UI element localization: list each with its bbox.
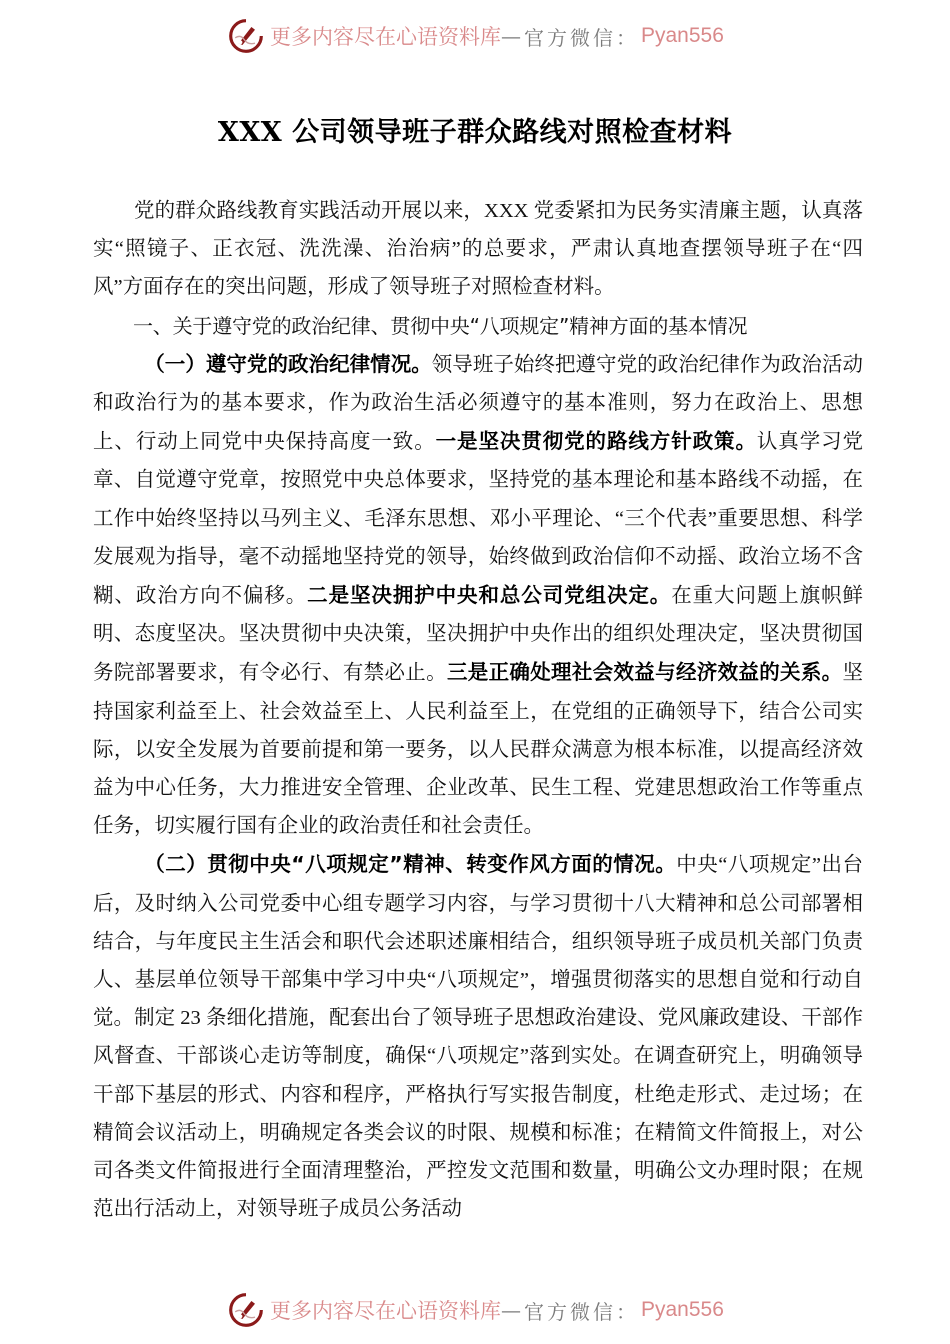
watermark-wechat-id: Pyan556 <box>641 24 724 48</box>
intro-paragraph: 党的群众路线教育实践活动开展以来，XXX 党委紧扣为民务实清廉主题，认真落实“照… <box>93 192 863 307</box>
point-2-title: 二是坚决拥护中央和总公司党组决定。 <box>307 583 671 607</box>
quill-pen-circle-icon <box>228 18 264 54</box>
section-heading-1: 一、关于遵守党的政治纪律、贯彻中央“八项规定”精神方面的基本情况 <box>93 307 863 345</box>
watermark-separator: — <box>501 1298 524 1322</box>
point-1-text: 认真学习党章、自觉遵守党章，按照党中央总体要求，坚持党的基本理论和基本路线不动摇… <box>93 431 863 607</box>
watermark-footer: 更多内容尽在心语资料库 — 官方微信： Pyan556 <box>228 1290 724 1330</box>
document-title: XXX 公司领导班子群众路线对照检查材料 <box>0 110 950 149</box>
quill-pen-circle-icon <box>228 1292 264 1328</box>
subsection-2-text: 中央“八项规定”出台后，及时纳入公司党委中心组专题学习内容，与学习贯彻十八大精神… <box>93 854 863 1220</box>
subsection-2-paragraph: （二）贯彻中央“八项规定”精神、转变作风方面的情况。中央“八项规定”出台后，及时… <box>93 845 863 1228</box>
watermark-slogan: 更多内容尽在心语资料库 <box>270 1295 501 1325</box>
document-body: 党的群众路线教育实践活动开展以来，XXX 党委紧扣为民务实清廉主题，认真落实“照… <box>93 192 863 1228</box>
subsection-1-heading: （一）遵守党的政治纪律情况。 <box>144 352 432 376</box>
watermark-header: 更多内容尽在心语资料库 — 官方微信： Pyan556 <box>228 16 724 56</box>
watermark-slogan: 更多内容尽在心语资料库 <box>270 21 501 51</box>
watermark-separator: — <box>501 24 524 48</box>
point-3-text: 坚持国家利益至上、社会效益至上、人民利益至上，在党组的正确领导下，结合公司实际，… <box>93 662 863 837</box>
watermark-wechat-label: 官方微信： <box>524 1296 639 1325</box>
point-1-title: 一是坚决贯彻党的路线方针政策。 <box>436 429 757 453</box>
watermark-wechat-id: Pyan556 <box>641 1298 724 1322</box>
subsection-1-paragraph: （一）遵守党的政治纪律情况。领导班子始终把遵守党的政治纪律作为政治活动和政治行为… <box>93 345 863 846</box>
watermark-wechat-label: 官方微信： <box>524 22 639 51</box>
subsection-2-heading: （二）贯彻中央“八项规定”精神、转变作风方面的情况。 <box>144 852 676 876</box>
point-3-title: 三是正确处理社会效益与经济效益的关系。 <box>447 660 843 684</box>
